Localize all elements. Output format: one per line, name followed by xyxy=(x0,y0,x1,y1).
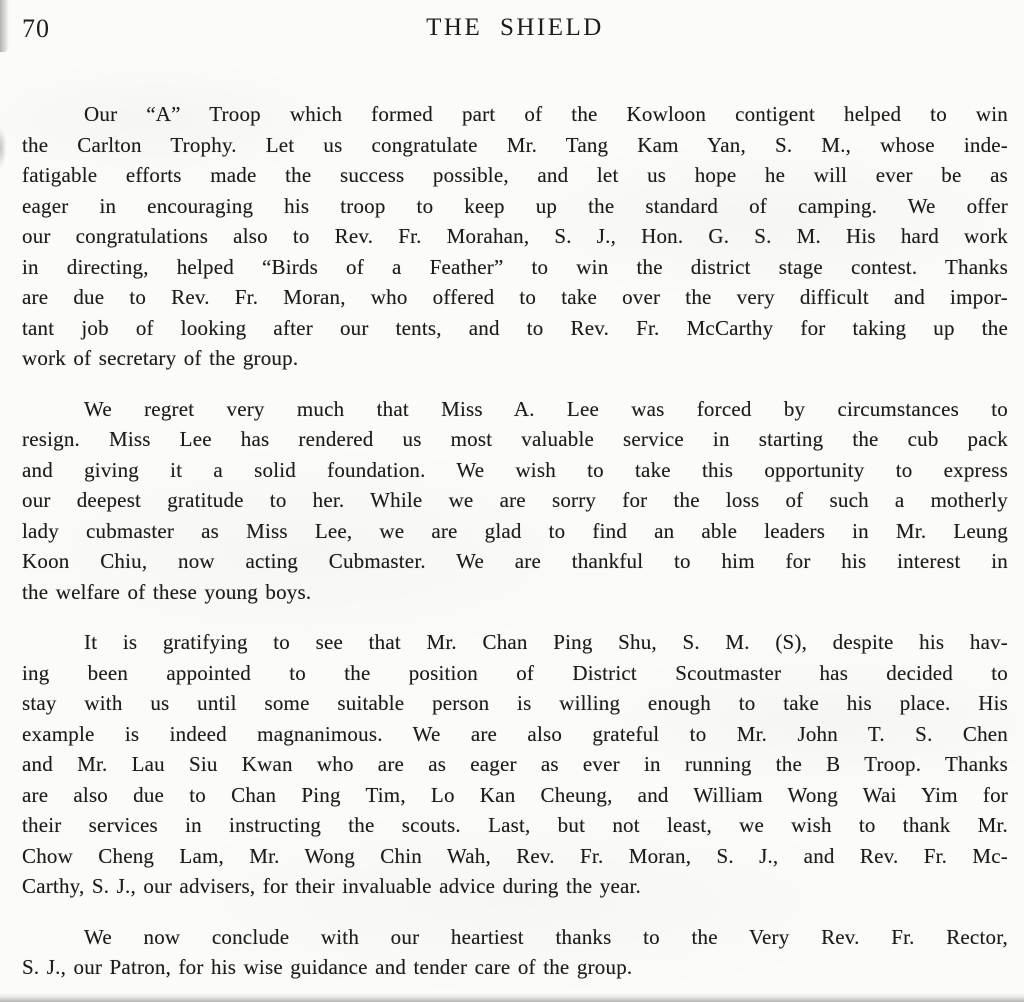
text-line: We regret very much that Miss A. Lee was… xyxy=(22,394,1008,425)
text-line: Chow Cheng Lam, Mr. Wong Chin Wah, Rev. … xyxy=(22,841,1008,872)
page-header: 70 THE SHIELD xyxy=(22,12,1008,46)
text-line: and Mr. Lau Siu Kwan who are as eager as… xyxy=(22,749,1008,780)
paragraph-chan-ping-shu: It is gratifying to see that Mr. Chan Pi… xyxy=(22,627,1008,902)
text-line: tant job of looking after our tents, and… xyxy=(22,313,1008,344)
text-line: Our “A” Troop which formed part of the K… xyxy=(22,99,1008,130)
text-line: are due to Rev. Fr. Moran, who offered t… xyxy=(22,282,1008,313)
text-line: example is indeed magnanimous. We are al… xyxy=(22,719,1008,750)
paragraph-miss-lee: We regret very much that Miss A. Lee was… xyxy=(22,394,1008,608)
scan-bottom-band xyxy=(0,993,1024,1002)
text-line: our congratulations also to Rev. Fr. Mor… xyxy=(22,221,1008,252)
text-line: We now conclude with our heartiest thank… xyxy=(22,922,1008,953)
paragraph-conclusion: We now conclude with our heartiest thank… xyxy=(22,922,1008,983)
document-page: 70 THE SHIELD Our “A” Troop which formed… xyxy=(0,0,1024,1002)
text-line: stay with us until some suitable person … xyxy=(22,688,1008,719)
text-line: resign. Miss Lee has rendered us most va… xyxy=(22,424,1008,455)
paragraph-troop-a: Our “A” Troop which formed part of the K… xyxy=(22,99,1008,374)
text-line: in directing, helped “Birds of a Feather… xyxy=(22,252,1008,283)
page-body: Our “A” Troop which formed part of the K… xyxy=(22,99,1008,983)
scan-smudge-top-left xyxy=(0,0,9,52)
text-line: and giving it a solid foundation. We wis… xyxy=(22,455,1008,486)
text-line: their services in instructing the scouts… xyxy=(22,810,1008,841)
text-line: Carthy, S. J., our advisers, for their i… xyxy=(22,871,1008,902)
text-line: fatigable efforts made the success possi… xyxy=(22,160,1008,191)
text-line: the Carlton Trophy. Let us congratulate … xyxy=(22,130,1008,161)
text-line: lady cubmaster as Miss Lee, we are glad … xyxy=(22,516,1008,547)
text-line: work of secretary of the group. xyxy=(22,343,1008,374)
text-line: Koon Chiu, now acting Cubmaster. We are … xyxy=(22,546,1008,577)
text-line: are also due to Chan Ping Tim, Lo Kan Ch… xyxy=(22,780,1008,811)
text-line: the welfare of these young boys. xyxy=(22,577,1008,608)
text-line: eager in encouraging his troop to keep u… xyxy=(22,191,1008,222)
text-line: It is gratifying to see that Mr. Chan Pi… xyxy=(22,627,1008,658)
page-number: 70 xyxy=(22,14,50,44)
text-line: ing been appointed to the position of Di… xyxy=(22,658,1008,689)
text-line: S. J., our Patron, for his wise guidance… xyxy=(22,952,1008,983)
scan-smudge-left-mid xyxy=(0,128,6,168)
page-title: THE SHIELD xyxy=(22,12,1008,42)
text-line: our deepest gratitude to her. While we a… xyxy=(22,485,1008,516)
